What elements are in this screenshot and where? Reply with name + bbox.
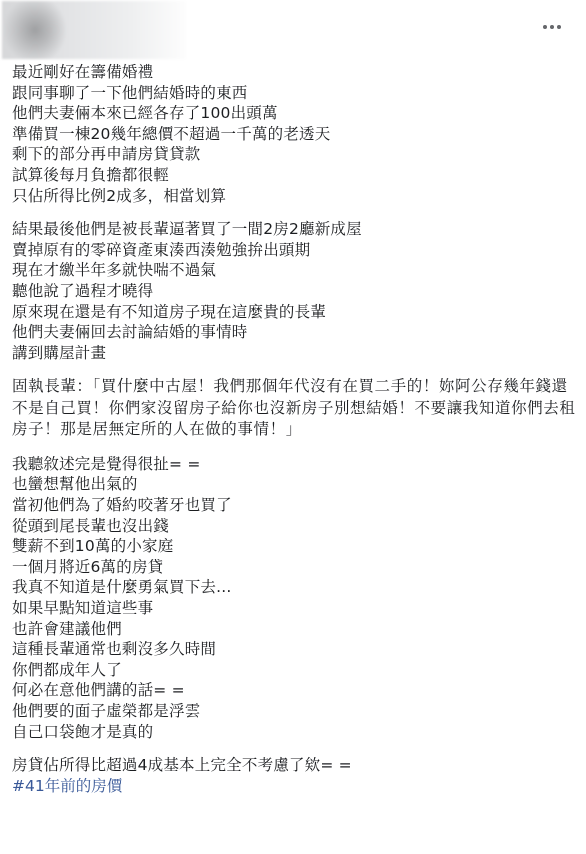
hashtag-link[interactable]: #41年前的房價 [12, 776, 578, 797]
post-line: 只佔所得比例2成多，相當划算 [12, 186, 578, 207]
paragraph-2: 結果最後他們是被長輩逼著買了一間2房2廳新成屋 賣掉原有的零碎資產東湊西湊勉強拚… [12, 219, 578, 363]
post-line: 試算後每月負擔都很輕 [12, 165, 578, 186]
post-line: 也許會建議他們 [12, 619, 578, 640]
elder-quote: 固執長輩：「買什麼中古屋！我們那個年代沒有在買二手的！妳阿公存幾年錢還不是自己買… [12, 376, 578, 441]
post-line: 雙薪不到10萬的小家庭 [12, 536, 578, 557]
post-line: 你們都成年人了 [12, 660, 578, 681]
paragraph-4: 我聽敘述完是覺得很扯= = 也蠻想幫他出氣的 當初他們為了婚約咬著牙也買了 從頭… [12, 454, 578, 742]
post-line: 一個月將近6萬的房貸 [12, 557, 578, 578]
author-info-blurred [2, 1, 186, 59]
paragraph-5: 房貸佔所得比超過4成基本上完全不考慮了欸= = #41年前的房價 [12, 755, 578, 796]
post-line: 房貸佔所得比超過4成基本上完全不考慮了欸= = [12, 755, 578, 776]
post-line: 結果最後他們是被長輩逼著買了一間2房2廳新成屋 [12, 219, 578, 240]
ellipsis-horizontal-icon [557, 25, 561, 29]
post-body: 最近剛好在籌備婚禮 跟同事聊了一下他們結婚時的東西 他們夫妻倆本來已經各存了10… [12, 62, 578, 809]
post-line: 我聽敘述完是覺得很扯= = [12, 454, 578, 475]
post-line: 自己口袋飽才是真的 [12, 722, 578, 743]
post-line: 何必在意他們講的話= = [12, 680, 578, 701]
post-line: 最近剛好在籌備婚禮 [12, 62, 578, 83]
post-line: 當初他們為了婚約咬著牙也買了 [12, 495, 578, 516]
post-line: 如果早點知道這些事 [12, 598, 578, 619]
post-line: 講到購屋計畫 [12, 343, 578, 364]
post-line: 他們夫妻倆本來已經各存了100出頭萬 [12, 103, 578, 124]
post-line: 準備買一棟20幾年總價不超過一千萬的老透天 [12, 124, 578, 145]
post-line: 聽他說了過程才曉得 [12, 281, 578, 302]
ellipsis-horizontal-icon [550, 25, 554, 29]
post-line: 我真不知道是什麼勇氣買下去... [12, 577, 578, 598]
post-line: 跟同事聊了一下他們結婚時的東西 [12, 83, 578, 104]
post-line: 他們要的面子虛榮都是浮雲 [12, 701, 578, 722]
post-header [0, 0, 586, 60]
post-line: 從頭到尾長輩也沒出錢 [12, 516, 578, 537]
more-options-button[interactable] [538, 20, 566, 34]
post-line: 也蠻想幫他出氣的 [12, 474, 578, 495]
ellipsis-horizontal-icon [543, 25, 547, 29]
post-line: 這種長輩通常也剩沒多久時間 [12, 639, 578, 660]
post-line: 現在才繳半年多就快喘不過氣 [12, 260, 578, 281]
paragraph-1: 最近剛好在籌備婚禮 跟同事聊了一下他們結婚時的東西 他們夫妻倆本來已經各存了10… [12, 62, 578, 206]
paragraph-quote: 固執長輩：「買什麼中古屋！我們那個年代沒有在買二手的！妳阿公存幾年錢還不是自己買… [12, 376, 578, 441]
post-line: 剩下的部分再申請房貸貸款 [12, 144, 578, 165]
post-line: 原來現在還是有不知道房子現在這麼貴的長輩 [12, 302, 578, 323]
post-line: 他們夫妻倆回去討論結婚的事情時 [12, 322, 578, 343]
post-line: 賣掉原有的零碎資產東湊西湊勉強拚出頭期 [12, 240, 578, 261]
